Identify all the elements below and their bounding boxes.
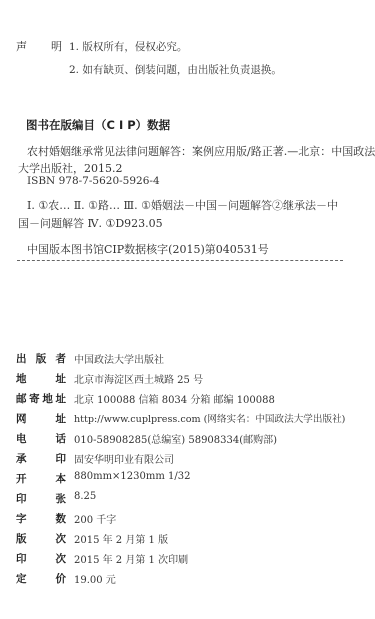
label-char: 话 bbox=[56, 431, 67, 446]
publisher-row-label: 邮 寄 地 址 bbox=[16, 391, 66, 406]
publisher-row-label: 承 印 bbox=[16, 451, 66, 466]
cip-classification-line: Ⅰ. ①农… Ⅱ. ①路… Ⅲ. ①婚姻法－中国－问题解答②继承法－中 bbox=[27, 197, 338, 213]
label-char: 印 bbox=[56, 451, 67, 466]
label-char: 电 bbox=[16, 431, 27, 446]
publisher-row-value: 010-58908285(总编室) 58908334(邮购部) bbox=[74, 431, 277, 446]
cip-entry-line: 大学出版社，2015.2 bbox=[18, 160, 123, 176]
cip-entry-line: 农村婚姻继承常见法律问题解答：案例应用版/路正著.—北京：中国政法 bbox=[27, 143, 375, 159]
cip-isbn: ISBN 978-7-5620-5926-4 bbox=[27, 175, 160, 187]
label-char: 址 bbox=[55, 391, 66, 406]
label-char: 版 bbox=[16, 531, 27, 546]
label-char: 出 bbox=[16, 351, 27, 366]
declaration-label: 声 明 bbox=[16, 38, 62, 54]
label-char: 地 bbox=[42, 391, 53, 406]
label-char: 者 bbox=[56, 351, 67, 366]
publisher-row-label: 出 版 者 bbox=[16, 351, 66, 366]
publisher-row-label: 网 址 bbox=[16, 411, 66, 426]
label-char: 网 bbox=[16, 411, 27, 426]
label-char: 次 bbox=[56, 551, 67, 566]
dashed-divider bbox=[17, 260, 343, 261]
cip-number: 中国版本图书馆CIP数据核字(2015)第040531号 bbox=[27, 241, 269, 257]
declaration-item: 1. 版权所有，侵权必究。 bbox=[69, 39, 187, 54]
declaration-label-char: 声 bbox=[16, 38, 27, 54]
label-char: 价 bbox=[56, 571, 67, 586]
label-char: 印 bbox=[16, 491, 27, 506]
publisher-row-label: 地 址 bbox=[16, 371, 66, 386]
publisher-row-label: 印 次 bbox=[16, 551, 66, 566]
label-char: 寄 bbox=[29, 391, 40, 406]
publisher-row-label: 开 本 bbox=[16, 471, 66, 486]
label-char: 字 bbox=[16, 511, 27, 526]
publisher-row-label: 电 话 bbox=[16, 431, 66, 446]
publisher-row-value: 2015 年 2 月第 1 次印刷 bbox=[74, 551, 188, 566]
label-char: 定 bbox=[16, 571, 27, 586]
label-char: 数 bbox=[56, 511, 67, 526]
publisher-row-value: http://www.cuplpress.com (网络实名：中国政法大学出版社… bbox=[74, 411, 345, 425]
label-char: 邮 bbox=[16, 391, 27, 406]
label-char: 址 bbox=[56, 411, 67, 426]
publisher-row-value: 19.00 元 bbox=[74, 571, 116, 586]
cip-classification-line: 国－问题解答 Ⅳ. ①D923.05 bbox=[18, 215, 163, 231]
label-char: 承 bbox=[16, 451, 27, 466]
publisher-row-value: 200 千字 bbox=[74, 511, 116, 526]
label-char: 版 bbox=[36, 351, 47, 366]
label-char: 开 bbox=[16, 471, 27, 486]
declaration-label-char: 明 bbox=[51, 38, 62, 54]
publisher-row-value: 8.25 bbox=[74, 491, 96, 502]
publisher-row-label: 印 张 bbox=[16, 491, 66, 506]
label-char: 本 bbox=[56, 471, 67, 486]
publisher-row-value: 中国政法大学出版社 bbox=[74, 351, 164, 366]
publisher-row-label: 版 次 bbox=[16, 531, 66, 546]
label-char: 址 bbox=[56, 371, 67, 386]
label-char: 张 bbox=[56, 491, 67, 506]
publisher-row-value: 北京市海淀区西土城路 25 号 bbox=[74, 371, 203, 386]
publisher-row-label: 字 数 bbox=[16, 511, 66, 526]
label-char: 印 bbox=[16, 551, 27, 566]
label-char: 次 bbox=[56, 531, 67, 546]
label-char: 地 bbox=[16, 371, 27, 386]
publisher-row-value: 固安华明印业有限公司 bbox=[74, 451, 174, 466]
publisher-row-value: 北京 100088 信箱 8034 分箱 邮编 100088 bbox=[74, 391, 275, 406]
publisher-row-label: 定 价 bbox=[16, 571, 66, 586]
publisher-row-value: 880mm×1230mm 1/32 bbox=[74, 471, 190, 482]
declaration-item: 2. 如有缺页、倒装问题，由出版社负责退换。 bbox=[69, 62, 282, 77]
cip-title: 图书在版编目（C I P）数据 bbox=[26, 117, 170, 133]
publisher-row-value: 2015 年 2 月第 1 版 bbox=[74, 531, 168, 546]
